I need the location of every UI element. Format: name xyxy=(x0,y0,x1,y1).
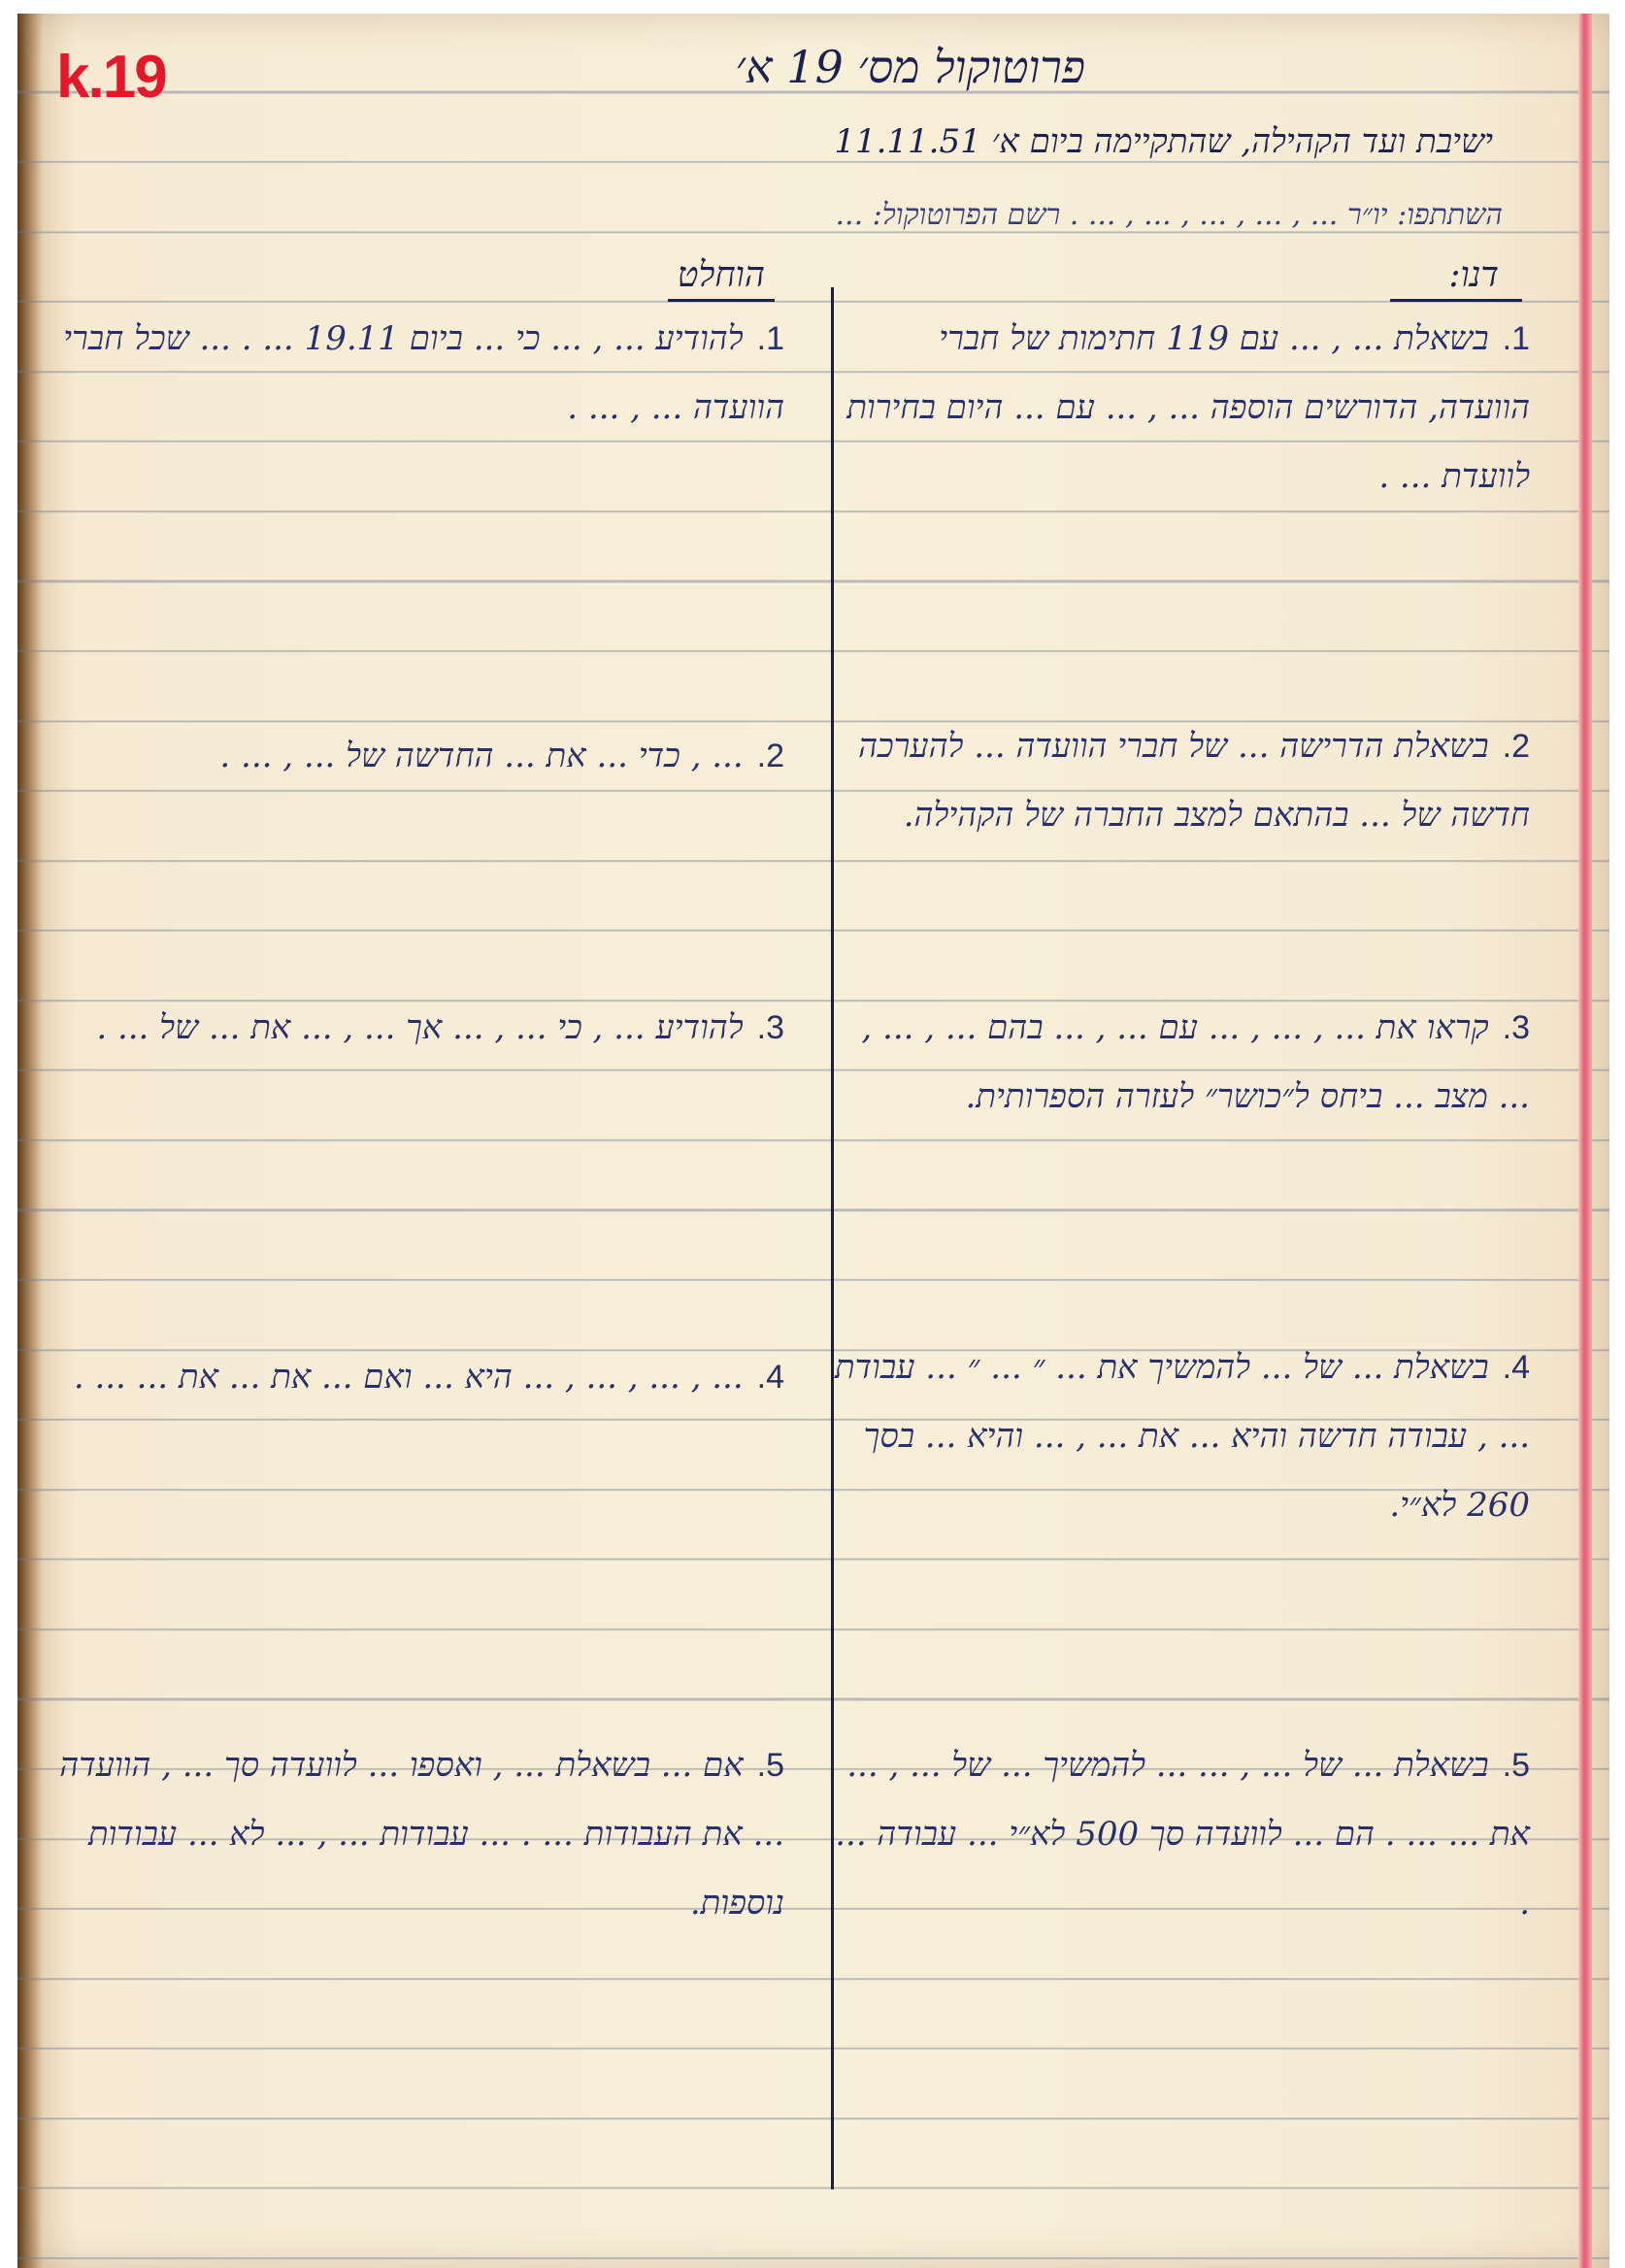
decided-item: 1.להודיע ... , ... כי ... ביום 19.11 ...… xyxy=(47,305,784,443)
decided-header: הוחלט xyxy=(668,254,775,302)
page-marker: k.19 xyxy=(56,43,166,112)
protocol-title: פרוטוקול מס׳ 19 א׳ xyxy=(735,41,1085,93)
decided-item: 4.... , ... , ... , ... היא ... ואם ... … xyxy=(47,1343,784,1412)
decided-item: 5.אם ... בשאלת ... , ואספו ... לוועדה סך… xyxy=(47,1731,784,1938)
decided-item: 2.... , כדי ... את ... החדשה של ... , ..… xyxy=(47,722,784,791)
discussed-item: 1.בשאלת ... , ... עם 119 חתימות של חברי … xyxy=(831,305,1530,511)
ledger-page: k.19 פרוטוקול מס׳ 19 א׳ ישיבת ועד הקהילה… xyxy=(17,14,1609,2268)
discussed-item: 5.בשאלת ... של ... , ... ... להמשיך ... … xyxy=(831,1731,1530,1938)
discussed-item: 4.בשאלת ... של ... להמשיך את ... ״ ... ״… xyxy=(831,1333,1530,1540)
discussed-item: 2.בשאלת הדרישה ... של חברי הוועדה ... לה… xyxy=(831,712,1530,850)
discussed-item: 3.קראו את ... , ... , ... עם ... , ... ב… xyxy=(831,994,1530,1132)
decided-item: 3.להודיע ... , כי ... , ... אך ... , ...… xyxy=(47,994,784,1063)
attendees-line: השתתפו: יו״ר ... , ... , ... , ... , ...… xyxy=(95,198,1503,232)
meeting-subtitle: ישיבת ועד הקהילה, שהתקיימה ביום א׳ 11.11… xyxy=(328,122,1493,161)
discussed-header: דנו: xyxy=(1390,254,1522,302)
red-margin-line xyxy=(1578,14,1592,2268)
